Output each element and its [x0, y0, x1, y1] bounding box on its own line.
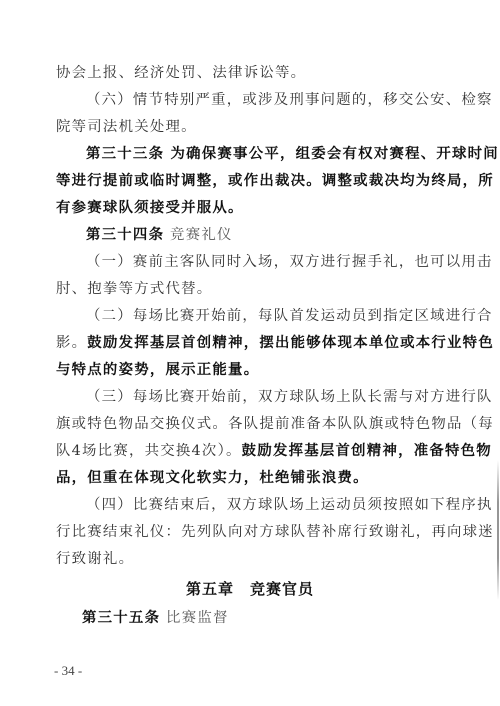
text-line: 行致谢礼。 — [56, 549, 436, 569]
article-heading: 竞赛礼仪 — [170, 227, 233, 243]
article-33: 第三十三条 为确保赛事公平，组委会有权对赛程、开球时间 — [86, 144, 436, 164]
clause-two: （二）每场比赛开始前，每队首发运动员到指定区域进行合 — [86, 306, 436, 326]
text-line: 肘、抱拳等方式代替。 — [56, 279, 436, 299]
text-line: 队4场比赛，共交换4次）。鼓励发挥基层首创精神，准备特色物 — [56, 441, 436, 461]
clause-three: （三）每场比赛开始前，双方球队场上队长需与对方进行队 — [86, 387, 436, 407]
text-line: 协会上报、经济处罚、法律诉讼等。 — [56, 63, 436, 83]
bold-text: 鼓励发挥基层首创精神，准备特色物 — [242, 442, 492, 459]
clause-six: （六）情节特别严重，或涉及刑事问题的，移交公安、检察 — [86, 90, 436, 110]
text-line: 旗或特色物品交换仪式。各队提前准备本队队旗或特色物品（每 — [56, 414, 436, 434]
text-line: 有参赛球队须接受并服从。 — [56, 198, 436, 218]
article-text: 为确保赛事公平，组委会有权对赛程、开球时间 — [170, 145, 498, 162]
article-title: 第三十五条 — [82, 609, 160, 626]
document-page: 协会上报、经济处罚、法律诉讼等。 （六）情节特别严重，或涉及刑事问题的，移交公安… — [0, 0, 500, 706]
chapter-heading: 第五章 竞赛官员 — [0, 579, 500, 599]
plain-text: 队4场比赛，共交换4次）。 — [56, 443, 242, 459]
page-number: - 34 - — [54, 663, 82, 679]
text-line: 院等司法机关处理。 — [56, 117, 436, 137]
text-line: 行比赛结束礼仪：先列队向对方球队替补席行致谢礼，再向球迷 — [56, 522, 436, 542]
clause-four: （四）比赛结束后，双方球队场上运动员须按照如下程序执 — [86, 495, 436, 515]
text-line: 与特点的姿势，展示正能量。 — [56, 360, 436, 380]
article-35: 第三十五条 比赛监督 — [82, 608, 432, 628]
clause-one: （一）赛前主客队同时入场，双方进行握手礼，也可以用击 — [86, 252, 436, 272]
article-title: 第三十三条 — [86, 145, 164, 162]
plain-text: 影。 — [56, 335, 87, 351]
text-line: 影。鼓励发挥基层首创精神，摆出能够体现本单位或本行业特色 — [56, 333, 436, 353]
text-line: 等进行提前或临时调整，或作出裁决。调整或裁决均为终局，所 — [56, 171, 436, 191]
article-title: 第三十四条 — [86, 226, 164, 243]
text-line: 品，但重在体现文化软实力，杜绝铺张浪费。 — [56, 468, 436, 488]
article-heading: 比赛监督 — [166, 610, 229, 626]
scan-edge-shadow — [497, 460, 499, 600]
article-34: 第三十四条 竞赛礼仪 — [86, 225, 436, 245]
bold-text: 鼓励发挥基层首创精神，摆出能够体现本单位或本行业特色 — [87, 334, 494, 351]
